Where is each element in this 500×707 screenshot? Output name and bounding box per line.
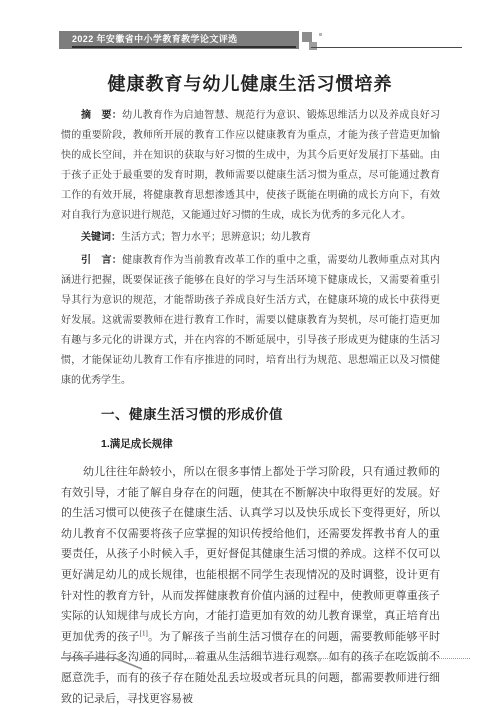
header-rule xyxy=(311,47,462,48)
document-page: 2022 年安徽省中小学教育教学论文评选 健康教育与幼儿健康生活习惯培养 摘 要… xyxy=(0,0,500,707)
body-text-part1: 幼儿往往年龄较小，所以在很多事情上都处于学习阶段，只有通过教师的有效引导，才能了… xyxy=(61,466,440,643)
subsection-heading: 1.满足成长规律 xyxy=(101,436,440,451)
introduction-paragraph: 引 言：健康教育作为当前教育改革工作的重中之重，需要幼儿教师重点对其内涵进行把握… xyxy=(61,251,440,391)
abstract-text: 幼儿教育作为启迪智慧、规范行为意识、锻炼思维活力以及养成良好习惯的重要阶段，教师… xyxy=(61,110,440,221)
section-heading: 一、健康生活习惯的形成价值 xyxy=(101,403,440,423)
deco-dot xyxy=(319,33,322,36)
keywords-label: 关键词： xyxy=(81,232,121,243)
deco-square-large xyxy=(302,32,312,42)
dotted-rule xyxy=(150,658,470,659)
page-title: 健康教育与幼儿健康生活习惯培养 xyxy=(0,70,500,96)
header-banner-row: 2022 年安徽省中小学教育教学论文评选 xyxy=(0,31,500,51)
introduction-label: 引 言： xyxy=(81,255,122,266)
abstract-label: 摘 要： xyxy=(81,110,122,121)
content-column: 摘 要：幼儿教育作为启迪智慧、规范行为意识、锻炼思维活力以及养成良好习惯的重要阶… xyxy=(61,106,440,707)
contest-banner: 2022 年安徽省中小学教育教学论文评选 xyxy=(59,31,299,49)
keywords-line: 关键词：生活方式；智力水平；思辨意识；幼儿教育 xyxy=(61,228,440,248)
contest-banner-label: 2022 年安徽省中小学教育教学论文评选 xyxy=(59,31,299,47)
deco-square-small xyxy=(309,42,317,50)
keywords-text: 生活方式；智力水平；思辨意识；幼儿教育 xyxy=(121,232,311,243)
banner-underline xyxy=(72,46,296,48)
abstract-paragraph: 摘 要：幼儿教育作为启迪智慧、规范行为意识、锻炼思维活力以及养成良好习惯的重要阶… xyxy=(61,106,440,226)
introduction-text: 健康教育作为当前教育改革工作的重中之重，需要幼儿教师重点对其内涵进行把握，既要保… xyxy=(61,255,440,386)
citation-marker: [1] xyxy=(140,629,148,637)
footnote-separator xyxy=(58,651,150,673)
